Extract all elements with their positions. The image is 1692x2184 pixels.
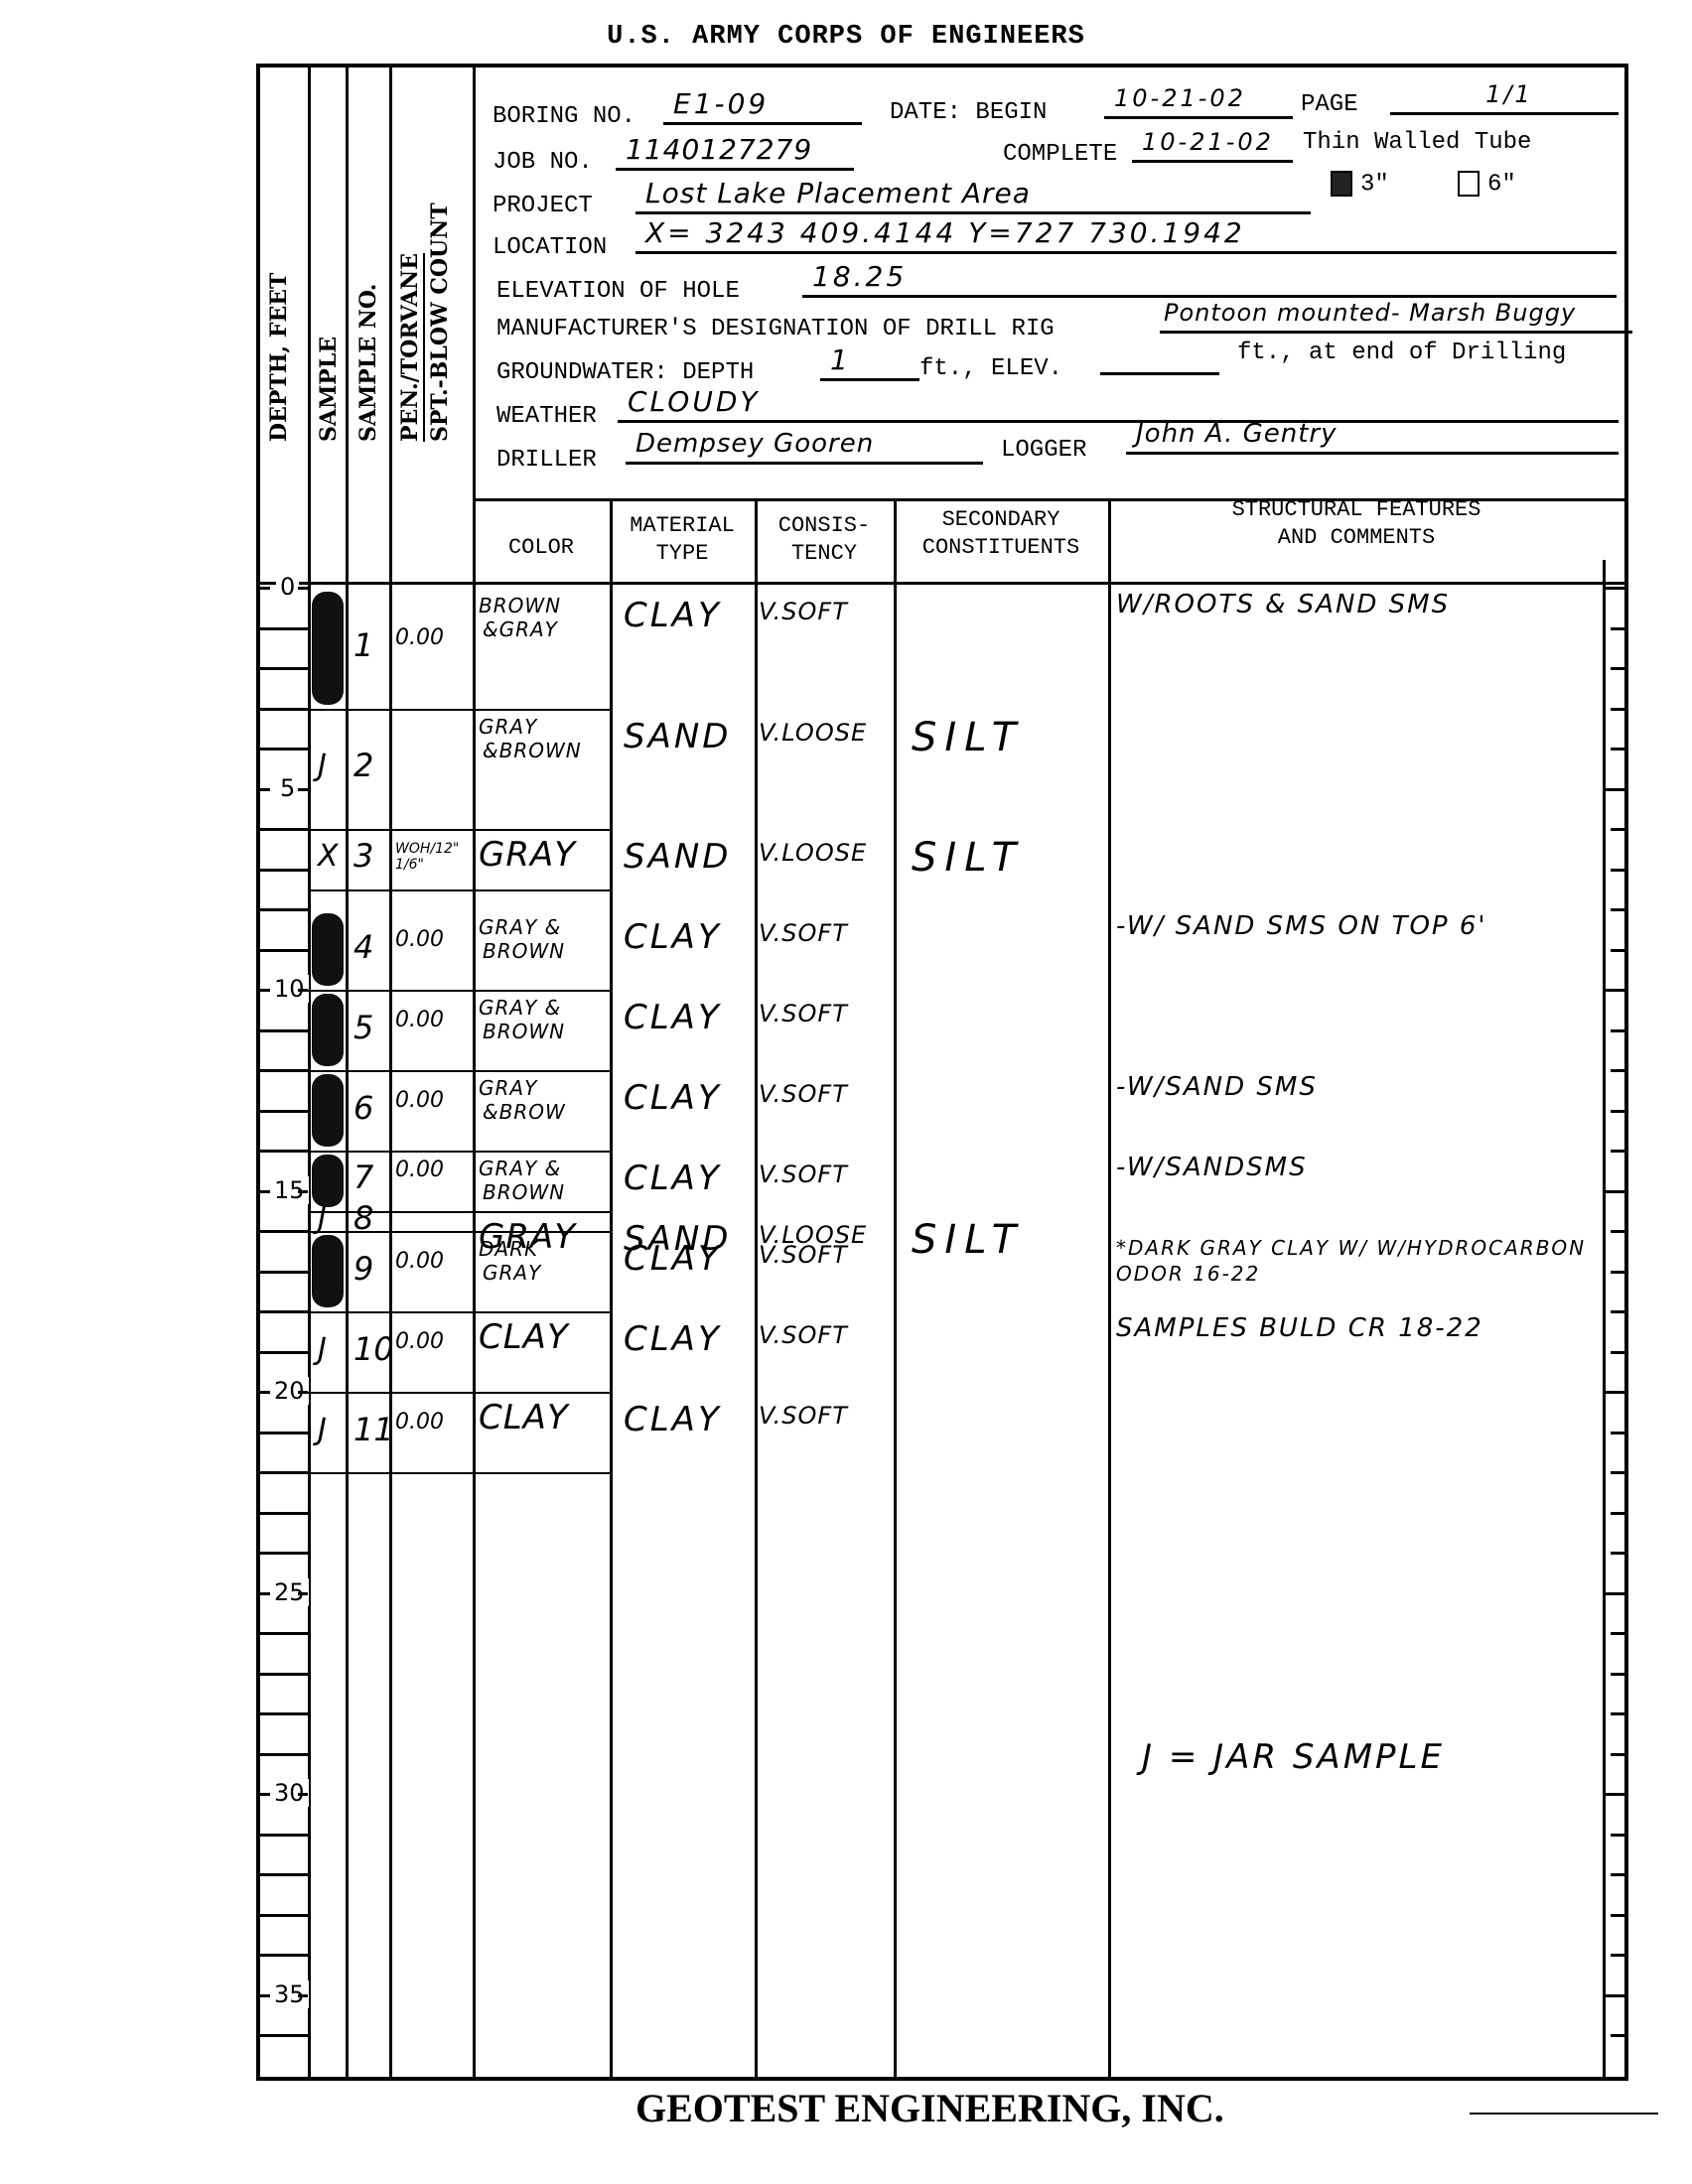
column-header-sample: SAMPLE <box>316 337 342 442</box>
sample-type-mark: J <box>318 1201 327 1236</box>
column-header-structural: STRUCTURAL FEATURESAND COMMENTS <box>1108 496 1605 552</box>
depth-major-tick <box>260 989 270 992</box>
divider <box>473 66 476 2079</box>
color-value-line2: GRAY <box>483 1261 541 1285</box>
right-scale-tick <box>1603 1391 1628 1394</box>
structural-comment: *DARK GRAY CLAY W/ W/HYDROCARBON ODOR 16… <box>1116 1235 1593 1287</box>
elevation-label: ELEVATION OF HOLE <box>496 278 740 305</box>
color-value: CLAY <box>479 1398 569 1437</box>
right-scale-tick <box>1611 1914 1628 1917</box>
consistency-value: V.SOFT <box>759 1241 848 1269</box>
sample-number: 8 <box>353 1199 373 1237</box>
logger-field[interactable]: John A. Gentry <box>1126 417 1619 455</box>
depth-tick <box>260 949 308 952</box>
sample-type-mark: X <box>318 839 339 874</box>
driller-label: DRILLER <box>496 447 597 474</box>
tube-sample-marker <box>312 1074 344 1147</box>
right-scale-tick <box>1611 1673 1628 1676</box>
column-header-pen-torvane: PEN./TORVANE <box>397 253 425 442</box>
right-scale-tick <box>1611 708 1628 711</box>
depth-tick <box>260 1873 308 1876</box>
color-value-line2: &BROW <box>483 1100 566 1124</box>
depth-major-tick <box>260 788 270 791</box>
sample-row-divider <box>308 1070 610 1072</box>
depth-label: 5 <box>276 774 299 802</box>
depth-tick <box>260 1632 308 1635</box>
depth-tick <box>260 748 308 751</box>
right-scale-tick <box>1611 1954 1628 1957</box>
sample-number: 1 <box>353 626 373 664</box>
complete-label: COMPLETE <box>1003 141 1117 168</box>
right-scale-tick <box>1611 1834 1628 1837</box>
right-scale-tick <box>1603 1994 1628 1997</box>
sample-row-divider <box>308 709 610 711</box>
tube-sample-marker <box>312 913 344 986</box>
right-scale-tick <box>1611 1150 1628 1153</box>
pen-torvane-value: 0.00 <box>395 1162 471 1178</box>
right-scale-tick <box>1603 1793 1628 1796</box>
depth-major-tick <box>260 1190 270 1193</box>
depth-major-tick <box>298 1190 308 1193</box>
right-scale-tick <box>1603 1190 1628 1193</box>
sample-row-divider <box>308 990 610 992</box>
color-value-line2: BROWN <box>483 939 565 963</box>
pen-torvane-value: 0.00 <box>395 1093 471 1109</box>
divider <box>1108 498 1111 2079</box>
sample-number: 5 <box>353 1009 373 1046</box>
secondary-value: SILT <box>912 715 1024 760</box>
divider <box>389 66 392 2079</box>
depth-tick <box>260 1552 308 1555</box>
depth-tick <box>260 1351 308 1354</box>
right-scale-tick <box>1611 1351 1628 1354</box>
end-of-drilling-label: ft., at end of Drilling <box>1237 340 1566 366</box>
signature-line <box>1470 2113 1658 2115</box>
right-scale-tick <box>1611 1753 1628 1756</box>
weather-label: WEATHER <box>496 403 597 430</box>
right-scale-tick <box>1611 1552 1628 1555</box>
right-scale-tick <box>1611 1069 1628 1072</box>
right-scale-tick <box>1611 1873 1628 1876</box>
sample-row-divider <box>308 889 610 891</box>
tube-option-3in[interactable]: 3" <box>1331 171 1389 198</box>
structural-comment: -W/SAND SMS <box>1116 1074 1593 1100</box>
material-value: CLAY <box>624 1159 722 1198</box>
depth-tick <box>260 1029 308 1032</box>
color-value-line2: BROWN <box>483 1180 565 1204</box>
color-value: DARK <box>479 1237 538 1261</box>
depth-tick <box>260 1712 308 1715</box>
sample-row-divider <box>308 1311 610 1313</box>
depth-tick <box>260 627 308 630</box>
material-value: CLAY <box>624 1078 722 1118</box>
tube-sample-marker <box>312 1155 344 1207</box>
depth-tick <box>260 1110 308 1113</box>
right-scale-tick <box>1611 1512 1628 1515</box>
color-value: GRAY & <box>479 1157 561 1180</box>
material-value: CLAY <box>624 596 722 635</box>
checkbox-checked-icon[interactable] <box>1331 171 1352 197</box>
depth-tick <box>260 1150 308 1153</box>
right-scale-tick <box>1611 828 1628 831</box>
pen-torvane-value: 0.00 <box>395 1254 471 1270</box>
depth-major-tick <box>260 1994 270 1997</box>
sample-number: 11 <box>353 1411 394 1448</box>
location-label: LOCATION <box>493 234 607 261</box>
consistency-value: V.SOFT <box>759 1321 848 1349</box>
job-no-label: JOB NO. <box>493 149 593 176</box>
depth-major-tick <box>260 587 270 590</box>
sample-number: 4 <box>353 928 373 966</box>
color-value: GRAY <box>479 715 537 739</box>
consistency-value: V.SOFT <box>759 1160 848 1188</box>
column-header-spt-blow-count: SPT.-BLOW COUNT <box>427 203 453 442</box>
divider <box>256 582 1628 585</box>
column-header-consistency: CONSIS-TENCY <box>755 512 894 568</box>
drill-rig-label: MANUFACTURER'S DESIGNATION OF DRILL RIG <box>496 316 1055 342</box>
groundwater-label: GROUNDWATER: DEPTH <box>496 359 754 386</box>
consistency-value: V.SOFT <box>759 919 848 947</box>
sample-number: 10 <box>353 1330 394 1368</box>
boring-no-field[interactable]: E1-09 <box>663 87 862 125</box>
right-scale-tick <box>1611 908 1628 911</box>
column-header-depth: DEPTH, FEET <box>266 273 292 442</box>
material-value: SAND <box>624 837 731 877</box>
depth-tick <box>260 869 308 872</box>
depth-tick <box>260 1512 308 1515</box>
color-value: CLAY <box>479 1317 569 1357</box>
depth-tick <box>260 708 308 711</box>
depth-tick <box>260 908 308 911</box>
right-scale-tick <box>1611 627 1628 630</box>
depth-major-tick <box>260 1391 270 1394</box>
sample-number: 3 <box>353 837 373 875</box>
right-scale-tick <box>1611 1432 1628 1434</box>
sample-type-mark: J <box>318 749 327 783</box>
depth-tick <box>260 1230 308 1233</box>
project-field[interactable]: Lost Lake Placement Area <box>635 177 1311 214</box>
pen-torvane-value: 0.00 <box>395 630 471 646</box>
pen-torvane-value: 0.00 <box>395 1334 471 1350</box>
right-scale-tick <box>1611 1471 1628 1474</box>
right-scale-tick <box>1603 587 1628 590</box>
boring-no-label: BORING NO. <box>493 103 635 130</box>
column-header-color: COLOR <box>473 520 610 576</box>
pen-torvane-value: 0.00 <box>395 1415 471 1431</box>
right-scale-tick <box>1611 1230 1628 1233</box>
material-value: CLAY <box>624 1239 722 1279</box>
consistency-value: V.SOFT <box>759 1080 848 1108</box>
divider <box>308 66 311 2079</box>
depth-tick <box>260 1271 308 1274</box>
sample-number: 7 <box>353 1159 373 1196</box>
column-header-sample-no: SAMPLE NO. <box>355 284 381 442</box>
material-value: CLAY <box>624 1400 722 1439</box>
depth-major-tick <box>298 788 308 791</box>
ft-elev-label: ft., ELEV. <box>919 355 1062 382</box>
depth-major-tick <box>298 587 308 590</box>
color-value: GRAY & <box>479 915 561 939</box>
divider <box>610 498 613 2079</box>
depth-tick <box>260 1954 308 1957</box>
secondary-value: SILT <box>912 835 1024 881</box>
driller-field[interactable]: Dempsey Gooren <box>626 427 983 465</box>
legend-note: J = JAR SAMPLE <box>1142 1737 1445 1777</box>
right-scale-tick <box>1611 1110 1628 1113</box>
color-value: GRAY & <box>479 996 561 1020</box>
depth-tick <box>260 1432 308 1434</box>
elevation-field[interactable]: 18.25 <box>802 260 1617 298</box>
right-scale-tick <box>1603 788 1628 791</box>
right-scale-tick <box>1611 1632 1628 1635</box>
consistency-value: V.LOOSE <box>759 839 867 867</box>
page-title: U.S. ARMY CORPS OF ENGINEERS <box>0 22 1692 52</box>
depth-tick <box>260 828 308 831</box>
divider <box>346 66 349 2079</box>
color-value-line2: BROWN <box>483 1020 565 1043</box>
depth-tick <box>260 667 308 670</box>
secondary-value: SILT <box>912 1217 1024 1263</box>
right-scale-tick <box>1611 667 1628 670</box>
sample-number: 9 <box>353 1250 373 1288</box>
tube-sample-marker <box>312 994 344 1066</box>
depth-major-tick <box>298 1391 308 1394</box>
depth-tick <box>260 1069 308 1072</box>
depth-tick <box>260 1310 308 1313</box>
right-scale-tick <box>1611 949 1628 952</box>
right-scale-tick <box>1611 2034 1628 2037</box>
depth-label: 0 <box>276 573 299 601</box>
right-scale-tick <box>1611 869 1628 872</box>
sample-number: 6 <box>353 1089 373 1127</box>
date-begin-field[interactable]: 10-21-02 <box>1104 81 1293 119</box>
sample-row-divider <box>308 829 610 831</box>
consistency-value: V.SOFT <box>759 1000 848 1027</box>
sample-row-divider <box>308 1151 610 1153</box>
right-scale-tick <box>1603 989 1628 992</box>
depth-tick <box>260 1471 308 1474</box>
right-scale-tick <box>1611 1310 1628 1313</box>
sample-type-mark: J <box>318 1413 327 1447</box>
depth-tick <box>260 1834 308 1837</box>
right-scale-tick <box>1611 748 1628 751</box>
page-label: PAGE <box>1301 91 1358 118</box>
depth-tick <box>260 1914 308 1917</box>
material-value: CLAY <box>624 917 722 957</box>
checkbox-empty-icon[interactable] <box>1458 171 1480 197</box>
depth-major-tick <box>298 1592 308 1595</box>
divider <box>755 498 758 2079</box>
date-complete-field[interactable]: 10-21-02 <box>1132 125 1293 163</box>
color-value-line2: &BROWN <box>483 739 582 762</box>
consistency-value: V.LOOSE <box>759 719 867 747</box>
footer-company: GEOTEST ENGINEERING, INC. <box>635 2085 1224 2131</box>
depth-tick <box>260 1753 308 1756</box>
material-value: SAND <box>624 717 731 756</box>
right-scale-tick <box>1611 1712 1628 1715</box>
tube-sample-marker <box>312 1235 344 1307</box>
color-value: GRAY <box>479 835 576 875</box>
structural-comment: SAMPLES BULD CR 18-22 <box>1116 1315 1593 1341</box>
depth-major-tick <box>260 1793 270 1796</box>
column-header-secondary: SECONDARYCONSTITUENTS <box>894 506 1108 562</box>
consistency-value: V.SOFT <box>759 598 848 625</box>
drill-rig-field[interactable]: Pontoon mounted- Marsh Buggy <box>1160 296 1632 334</box>
sample-number: 2 <box>353 747 373 784</box>
material-value: CLAY <box>624 1319 722 1359</box>
location-field[interactable]: X= 3243 409.4144 Y=727 730.1942 <box>635 216 1617 254</box>
right-scale-tick <box>1603 1592 1628 1595</box>
tube-label: Thin Walled Tube <box>1303 129 1531 156</box>
color-value-line2: &GRAY <box>483 617 558 641</box>
page-field[interactable]: 1/1 <box>1390 77 1619 115</box>
depth-major-tick <box>260 1592 270 1595</box>
color-value: GRAY <box>479 1076 537 1100</box>
date-begin-label: DATE: BEGIN <box>890 99 1047 126</box>
structural-comment: -W/SANDSMS <box>1116 1155 1593 1180</box>
pen-torvane-value: WOH/12" 1/6" <box>395 841 471 873</box>
pen-torvane-value: 0.00 <box>395 1013 471 1028</box>
right-scale-tick <box>1611 1029 1628 1032</box>
project-label: PROJECT <box>493 193 593 219</box>
divider <box>894 498 897 2079</box>
tube-option-6in[interactable]: 6" <box>1458 171 1516 198</box>
sample-row-divider <box>308 1472 610 1474</box>
job-no-field[interactable]: 1140127279 <box>616 133 854 171</box>
depth-major-tick <box>298 989 308 992</box>
color-value: BROWN <box>479 594 561 617</box>
pen-torvane-value: 0.00 <box>395 932 471 948</box>
column-header-material: MATERIALTYPE <box>610 512 755 568</box>
sample-type-mark: J <box>318 1332 327 1367</box>
depth-tick <box>260 1673 308 1676</box>
depth-tick <box>260 2034 308 2037</box>
groundwater-depth-field[interactable]: 1 <box>820 343 919 381</box>
material-value: CLAY <box>624 998 722 1037</box>
right-scale-tick <box>1611 1271 1628 1274</box>
groundwater-elev-field[interactable] <box>1100 338 1219 375</box>
tube-sample-marker <box>312 592 344 705</box>
logger-label: LOGGER <box>1001 437 1086 464</box>
depth-major-tick <box>298 1793 308 1796</box>
consistency-value: V.SOFT <box>759 1402 848 1430</box>
structural-comment: -W/ SAND SMS ON TOP 6' <box>1116 913 1593 939</box>
depth-major-tick <box>298 1994 308 1997</box>
sample-row-divider <box>308 1392 610 1394</box>
structural-comment: W/ROOTS & SAND SMS <box>1116 592 1593 617</box>
